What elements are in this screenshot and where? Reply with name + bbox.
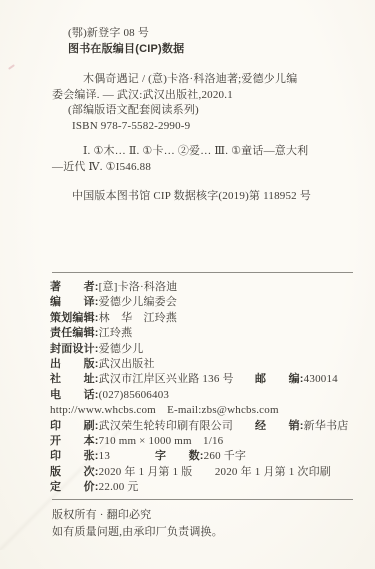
field-value: 江玲燕 [99,327,133,339]
field-label: 印 刷: [50,420,99,432]
field-label: 邮 编: [255,373,304,385]
divider-top [52,272,353,273]
divider-bottom [52,499,353,500]
field-secondary: 邮 编:430014 [255,372,338,387]
field-label: 字 数: [155,450,204,462]
field-label: 策划编辑: [50,312,99,324]
colophon-row-translator: 编 译:爱德少儿编委会 [50,295,360,310]
colophon-row-edition: 版 次:2020 年 1 月第 1 版 2020 年 1 月第 1 次印刷 [50,465,360,480]
field-value: http://www.whcbs.com E-mail:zbs@whcbs.co… [50,404,279,416]
field-label: 责任编辑: [50,327,99,339]
field-value: 2020 年 1 月第 1 版 2020 年 1 月第 1 次印刷 [99,466,331,478]
field-value: 430014 [304,373,338,385]
quality-notice: 如有质量问题,由承印厂负责调换。 [52,524,223,541]
colophon-row-cover-design: 封面设计:爱德少儿 [50,342,360,357]
colophon-row-website: http://www.whcbs.com E-mail:zbs@whcbs.co… [50,403,360,418]
field-label: 经 销: [255,420,304,432]
classification-line2: —近代 Ⅳ. ①I546.88 [52,160,311,176]
series-note: (部编版语文配套阅读系列) [68,103,311,119]
colophon-row-planning-editor: 策划编辑:林 华 江玲燕 [50,311,360,326]
colophon-row-address: 社 址:武汉市江岸区兴业路 136 号邮 编:430014 [50,372,360,387]
copyright-notice-section: 版权所有 · 翻印必究 如有质量问题,由承印厂负责调换。 [52,507,223,540]
field-label: 封面设计: [50,343,99,355]
classification-line1: Ⅰ. ①木… Ⅱ. ①卡… ②爱… Ⅲ. ①童话—意大利 [83,144,311,160]
cip-record-number: 中国版本图书馆 CIP 数据核字(2019)第 118952 号 [72,189,311,205]
cip-entry-line2: 委会编译. — 武汉:武汉出版社,2020.1 [52,88,311,104]
field-label: 电 话: [50,389,99,401]
colophon-row-format: 开 本:710 mm × 1000 mm 1/16 [50,434,360,449]
field-label: 编 译: [50,296,99,308]
field-value: 武汉市江岸区兴业路 136 号 [99,373,234,385]
colophon-row-price: 定 价:22.00 元 [50,480,360,495]
colophon-row-sheets: 印 张:13字 数:260 千字 [50,449,360,464]
field-value: 新华书店 [304,420,349,432]
isbn-number: ISBN 978-7-5582-2990-9 [72,119,311,135]
field-value: 爱德少儿 [99,343,144,355]
field-value: 13 [99,450,110,462]
colophon-row-executive-editor: 责任编辑:江玲燕 [50,326,360,341]
book-copyright-page: (鄂)新登字 08 号 图书在版编目(CIP)数据 木偶奇遇记 / (意)卡洛·… [0,0,375,569]
field-label: 定 价: [50,481,99,493]
colophon-row-printer: 印 刷:武汉荣生轮转印刷有限公司经 销:新华书店 [50,419,360,434]
field-label: 印 张: [50,450,99,462]
field-value: 武汉出版社 [99,358,155,370]
field-label: 社 址: [50,373,99,385]
field-secondary: 经 销:新华书店 [255,419,348,434]
field-value: 22.00 元 [99,481,139,493]
scan-artifact [8,64,15,70]
rights-notice: 版权所有 · 翻印必究 [52,507,223,524]
field-secondary: 字 数:260 千字 [155,449,246,464]
field-label: 出 版: [50,358,99,370]
field-value: 林 华 江玲燕 [99,312,177,324]
field-value: [意]卡洛·科洛迪 [99,281,178,293]
cip-section: (鄂)新登字 08 号 图书在版编目(CIP)数据 木偶奇遇记 / (意)卡洛·… [52,26,311,205]
field-value: (027)85606403 [99,389,169,401]
field-value: 260 千字 [204,450,246,462]
colophon-row-phone: 电 话:(027)85606403 [50,388,360,403]
registration-number: (鄂)新登字 08 号 [68,26,311,42]
colophon-row-author: 著 者:[意]卡洛·科洛迪 [50,280,360,295]
field-label: 版 次: [50,466,99,478]
field-label: 开 本: [50,435,99,447]
field-value: 武汉荣生轮转印刷有限公司 [99,420,233,432]
cip-entry-line1: 木偶奇遇记 / (意)卡洛·科洛迪著;爱德少儿编 [83,72,311,88]
field-label: 著 者: [50,281,99,293]
colophon-row-publisher: 出 版:武汉出版社 [50,357,360,372]
field-value: 爱德少儿编委会 [99,296,177,308]
colophon-section: 著 者:[意]卡洛·科洛迪 编 译:爱德少儿编委会 策划编辑:林 华 江玲燕 责… [50,280,360,495]
field-value: 710 mm × 1000 mm 1/16 [99,435,224,447]
cip-heading: 图书在版编目(CIP)数据 [68,42,311,58]
